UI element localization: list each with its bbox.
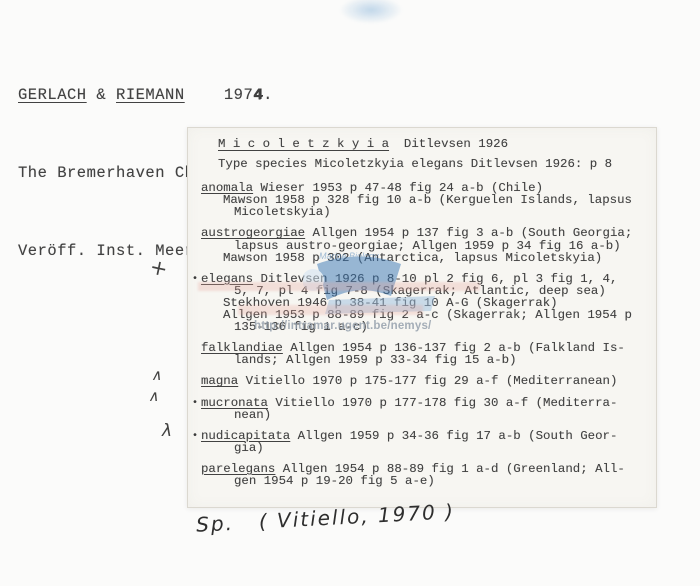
- year-overstruck-digit: 4: [253, 86, 263, 104]
- pink-highlight-streak: [198, 282, 480, 291]
- type-species-line: Type species Micoletzkyia elegans Ditlev…: [201, 158, 650, 170]
- scan-inset: M i c o l e t z k y i a Ditlevsen 1926 T…: [187, 127, 657, 508]
- pink-highlight-streak: [238, 305, 423, 315]
- species-entry: falklandiae Allgen 1954 p 136-137 fig 2 …: [201, 342, 650, 366]
- species-name: magna: [201, 374, 238, 388]
- genus-authority: Ditlevsen 1926: [404, 137, 508, 151]
- bullet-marker: •: [192, 431, 198, 443]
- margin-mark-magna: ∧: [150, 366, 165, 384]
- species-entry: parelegans Allgen 1954 p 88-89 fig 1 a-d…: [201, 463, 650, 487]
- entry-continuation-line: Micoletskyia): [201, 206, 650, 218]
- entry-continuation-line: gen 1954 p 19-20 fig 5 a-e): [201, 475, 650, 487]
- species-entry: austrogeorgiae Allgen 1954 p 137 fig 3 a…: [201, 227, 650, 263]
- scanned-document-page: GERLACH & RIEMANN 1974. The Bremerhaven …: [0, 0, 700, 586]
- bullet-marker: •: [192, 398, 198, 410]
- species-list: anomala Wieser 1953 p 47-48 fig 24 a-b (…: [201, 182, 650, 487]
- blue-smudge-artifact: [339, 0, 403, 24]
- citation-text: Vitiello 1970 p 177-178 fig 30 a-f (Medi…: [268, 396, 617, 410]
- entry-first-line: magna Vitiello 1970 p 175-177 fig 29 a-f…: [201, 375, 650, 387]
- citation-text: Vitiello 1970 p 175-177 fig 29 a-f (Medi…: [238, 374, 617, 388]
- entry-continuation-line: Mawson 1958 p 302 (Antarctica, lapsus Mi…: [201, 252, 650, 264]
- year: 197: [224, 86, 253, 104]
- entry-continuation-line: nean): [201, 409, 650, 421]
- entry-first-line: austrogeorgiae Allgen 1954 p 137 fig 3 a…: [201, 227, 650, 239]
- species-entry: •nudicapitata Allgen 1959 p 34-36 fig 17…: [201, 430, 650, 454]
- entry-continuation-line: lands; Allgen 1959 p 33-34 fig 15 a-b): [201, 354, 650, 366]
- genus-name: M i c o l e t z k y i a: [218, 137, 389, 151]
- margin-mark-mucronata: ∧: [147, 387, 162, 405]
- entry-continuation-line: lapsus austro-georgiae; Allgen 1959 p 34…: [201, 240, 650, 252]
- citation-text: Allgen 1959 p 34-36 fig 17 a-b (South Ge…: [290, 429, 617, 443]
- species-entry: anomala Wieser 1953 p 47-48 fig 24 a-b (…: [201, 182, 650, 218]
- author-1: GERLACH: [18, 86, 87, 104]
- entry-first-line: nudicapitata Allgen 1959 p 34-36 fig 17 …: [201, 430, 650, 442]
- entry-continuation-line: gia): [201, 442, 650, 454]
- genus-heading: M i c o l e t z k y i a Ditlevsen 1926: [201, 138, 650, 150]
- margin-mark-nudicapitata: λ: [162, 421, 172, 441]
- watermark-url: http://intramar.ugent.be/nemys/: [254, 320, 431, 332]
- species-entry: •mucronata Vitiello 1970 p 177-178 fig 3…: [201, 397, 650, 421]
- author-2: RIEMANN: [116, 86, 185, 104]
- entry-first-line: mucronata Vitiello 1970 p 177-178 fig 30…: [201, 397, 650, 409]
- species-entry: magna Vitiello 1970 p 175-177 fig 29 a-f…: [201, 375, 650, 387]
- citation-line-authors: GERLACH & RIEMANN 1974.: [18, 82, 518, 108]
